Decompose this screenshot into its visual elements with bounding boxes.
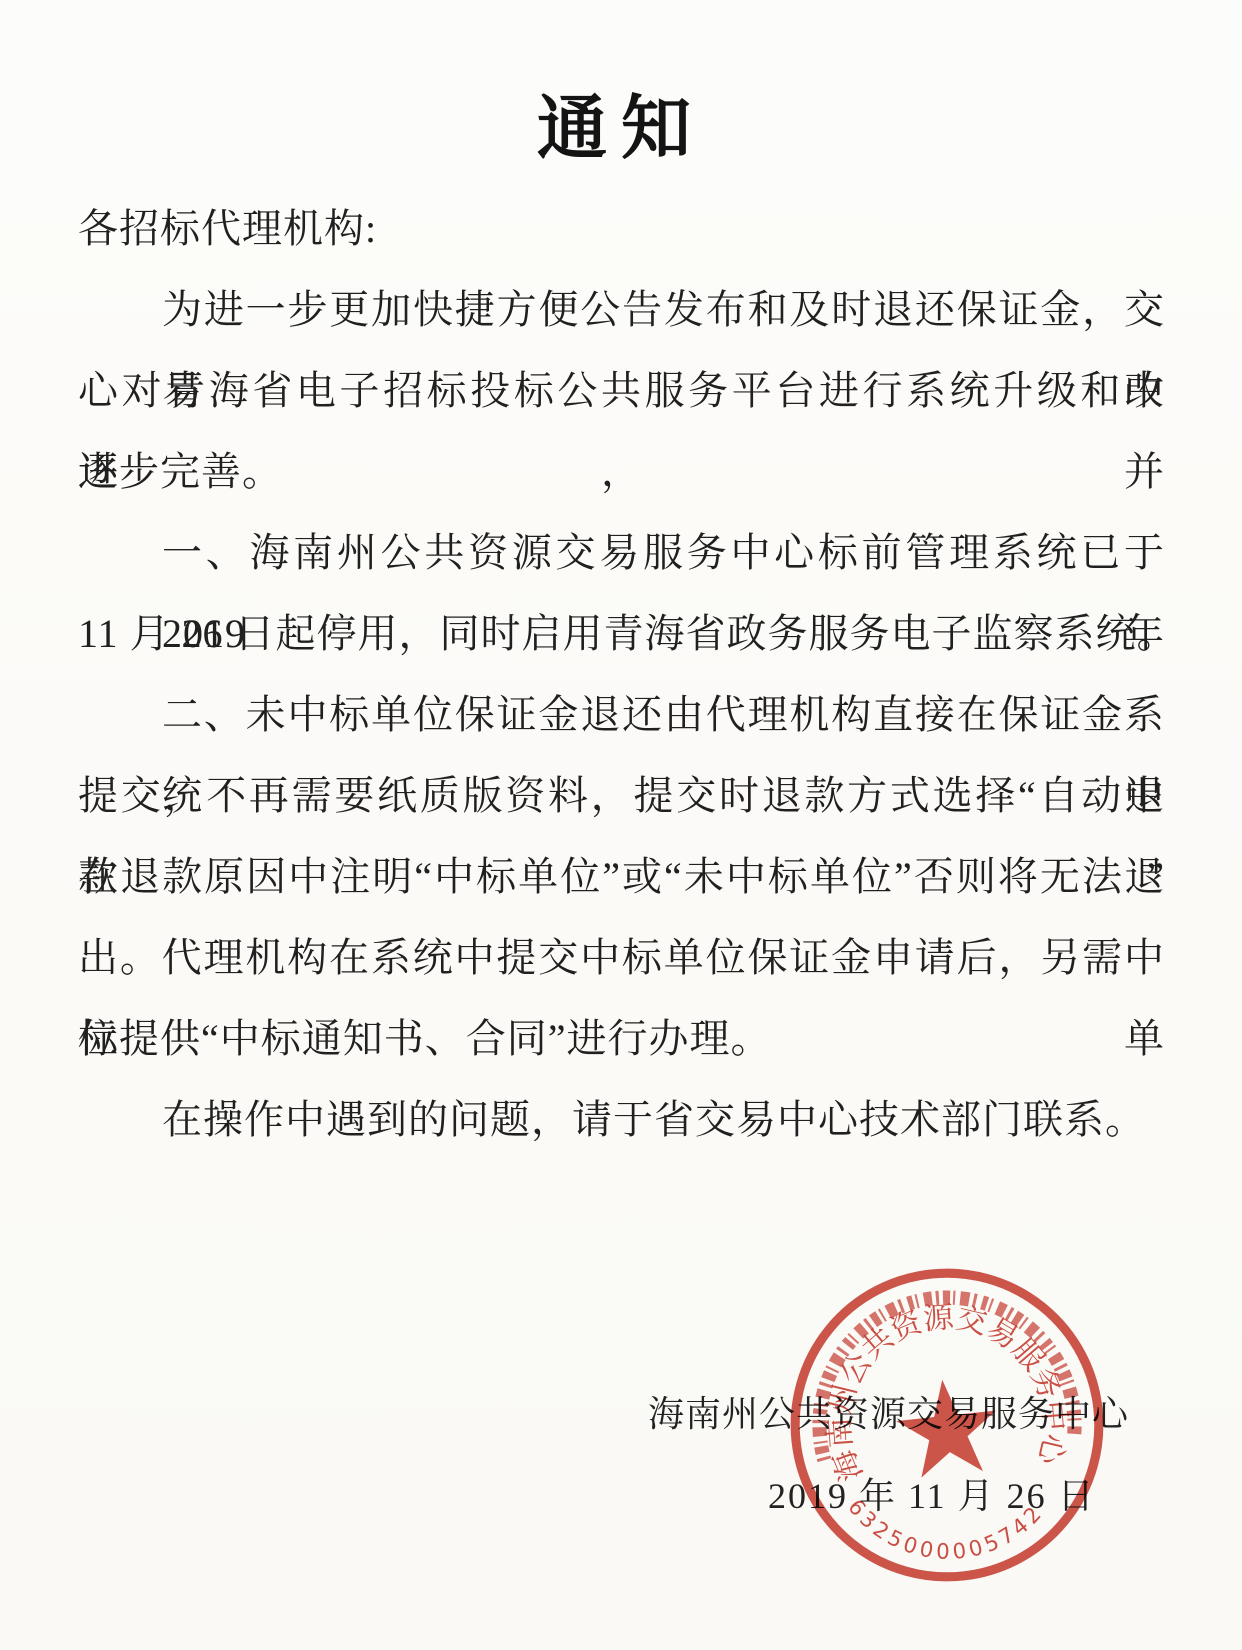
document-title: 通知 (0, 72, 1242, 173)
salutation-line: 各招标代理机构: (78, 188, 1165, 269)
official-red-seal: 海南州公共资源交易服务中心 6325000005742 (763, 1241, 1130, 1608)
body-text-line: 提交，不再需要纸质版资料，提交时退款方式选择“自动退款” (78, 755, 1165, 836)
body-text-line: 在退款原因中注明“中标单位”或“未中标单位”否则将无法退 (78, 836, 1165, 917)
body-text-line: 二、未中标单位保证金退还由代理机构直接在保证金系统中 (78, 674, 1165, 755)
body-text-line: 11 月 26 日起停用，同时启用青海省政务服务电子监察系统。 (78, 593, 1165, 674)
body-text-line: 出。代理机构在系统中提交中标单位保证金申请后，另需中标单 (78, 917, 1165, 998)
star-icon (892, 1374, 1002, 1479)
body-text-line: 心对青海省电子招标投标公共服务平台进行系统升级和改进，并 (78, 350, 1165, 431)
scanned-notice-page: 通知 各招标代理机构: 为进一步更加快捷方便公告发布和及时退还保证金，交易中 心… (0, 0, 1242, 1650)
body-text-line: 为进一步更加快捷方便公告发布和及时退还保证金，交易中 (78, 269, 1165, 350)
body-text-line: 在操作中遇到的问题，请于省交易中心技术部门联系。 (78, 1079, 1165, 1160)
document-body: 各招标代理机构: 为进一步更加快捷方便公告发布和及时退还保证金，交易中 心对青海… (78, 188, 1165, 1160)
body-text-line: 一、海南州公共资源交易服务中心标前管理系统已于 2019 年 (78, 512, 1165, 593)
